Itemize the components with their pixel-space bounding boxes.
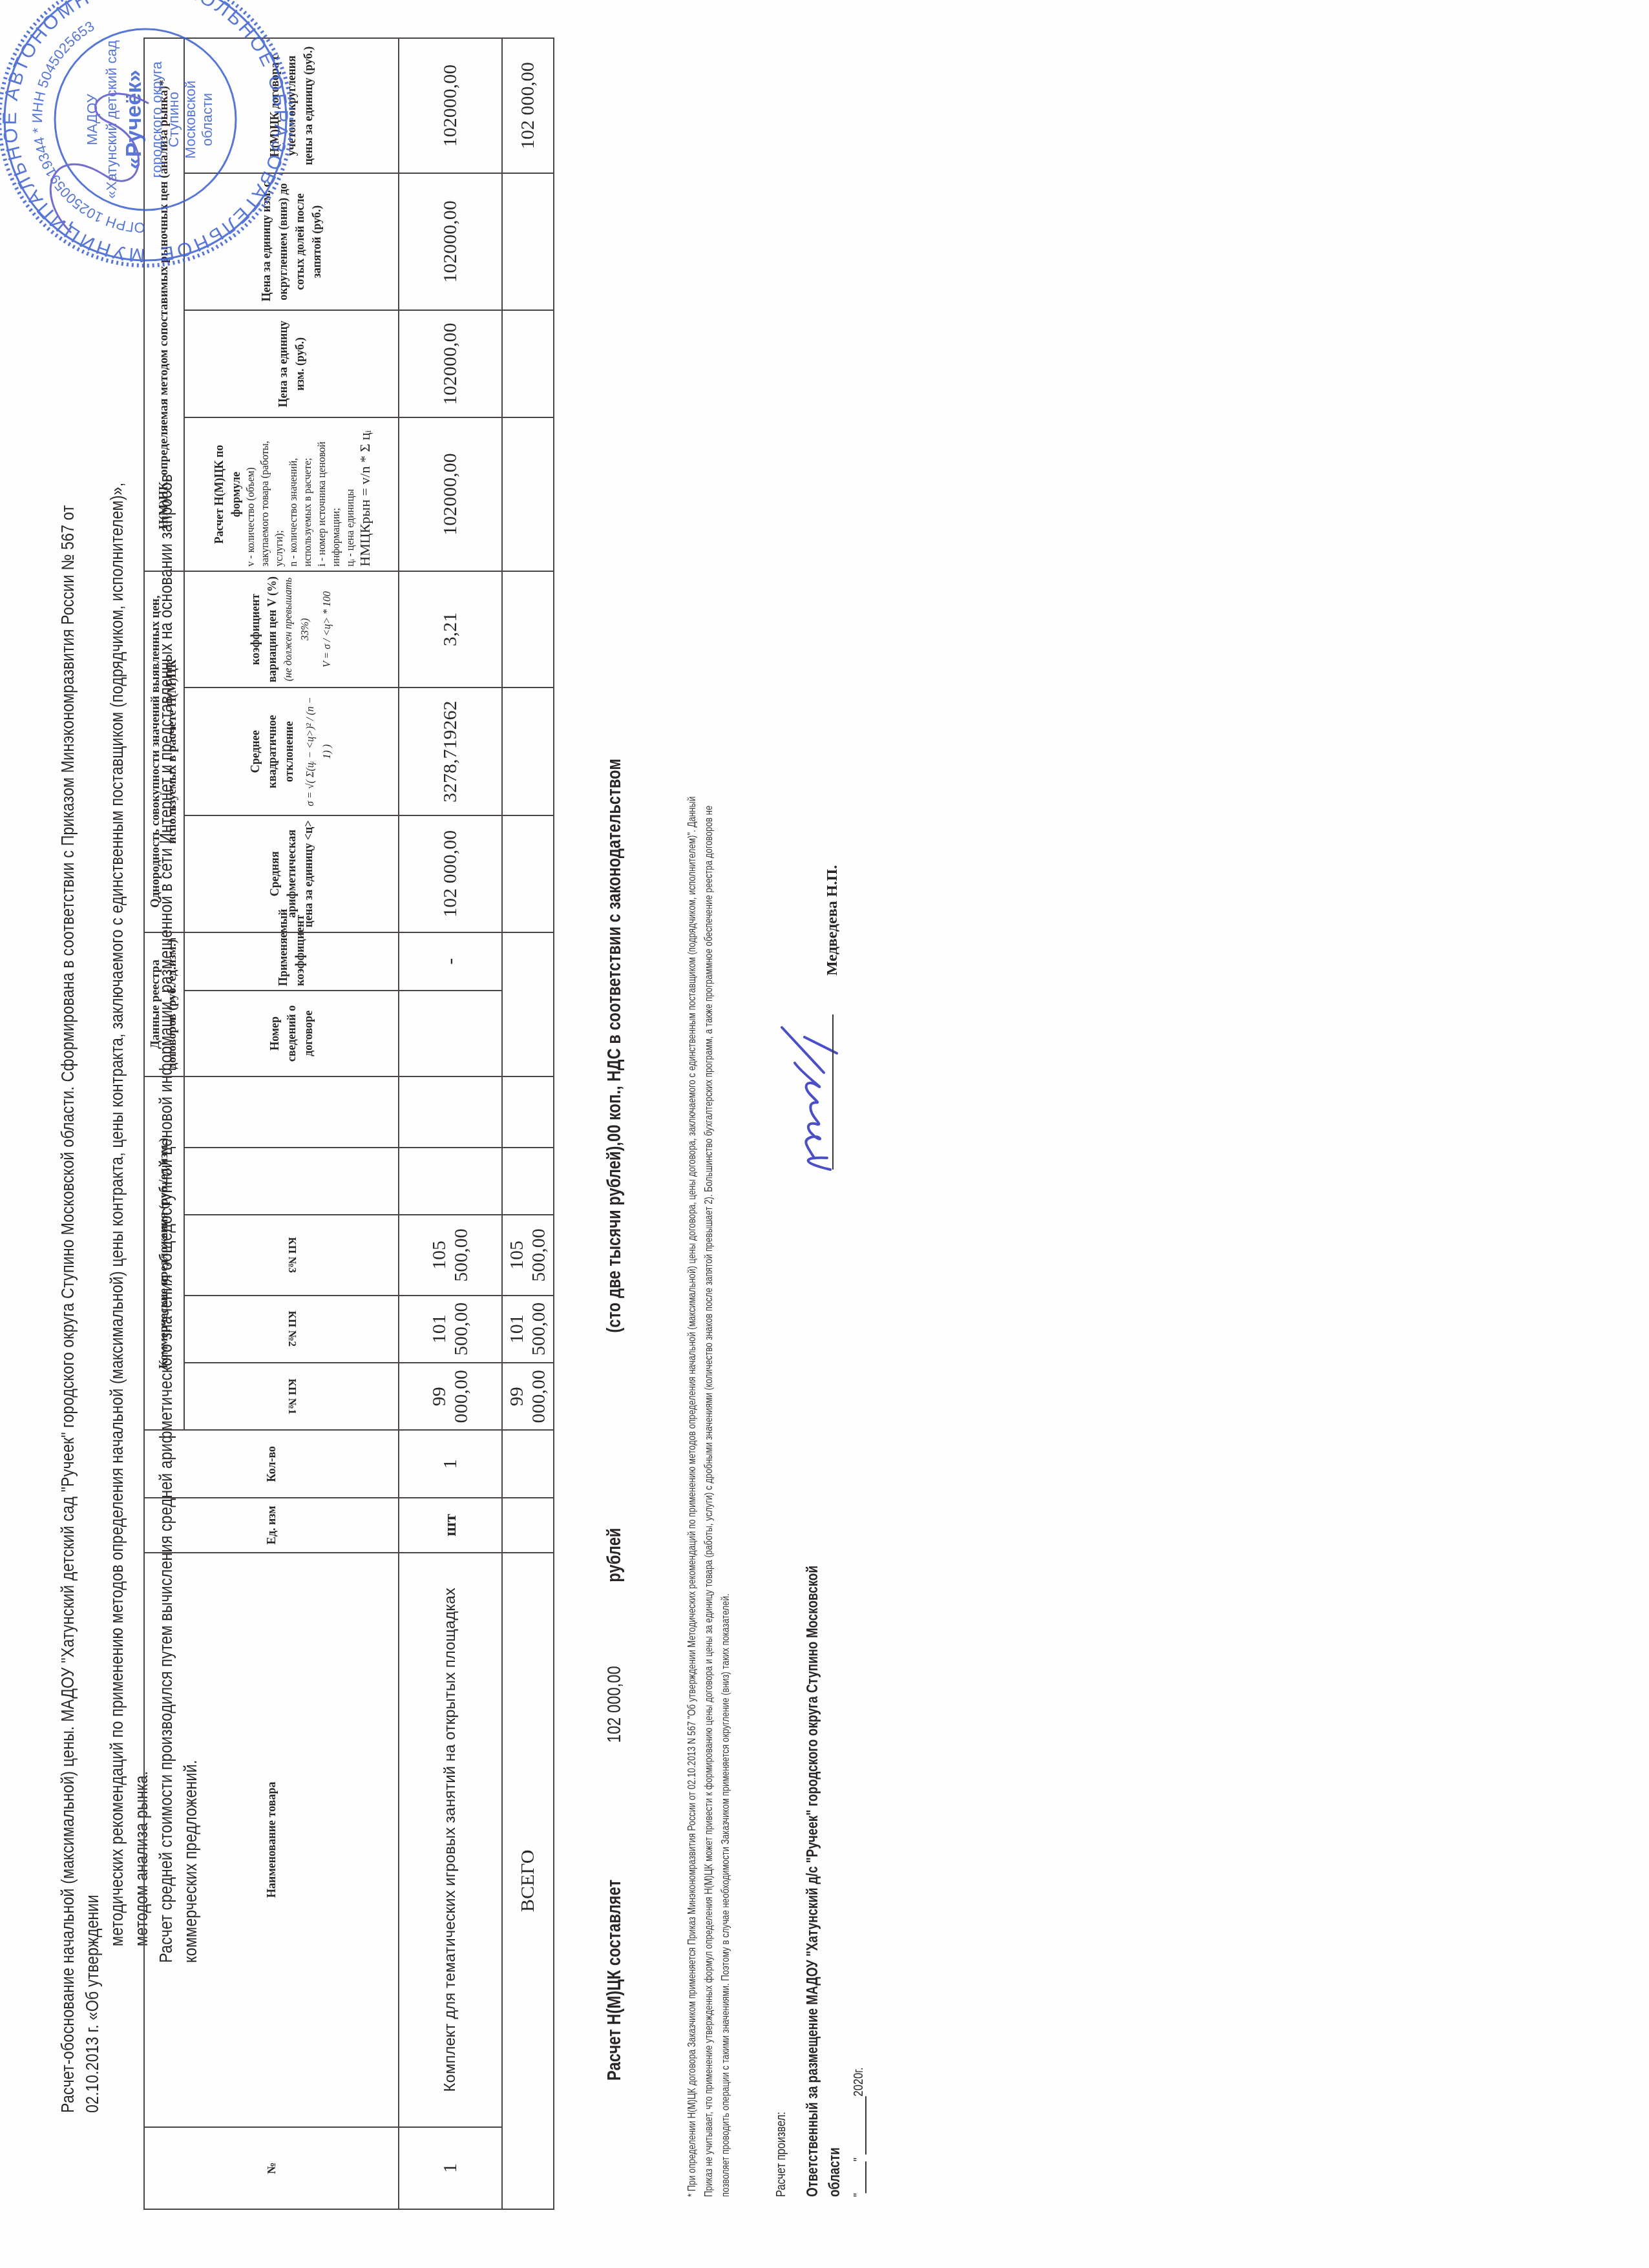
total-unit-price (502, 310, 554, 418)
cell-registry-number (399, 991, 502, 1076)
total-kp4 (502, 1148, 554, 1215)
responsible-person-title: Ответственный за размещение МАДОУ "Хатун… (801, 1455, 845, 2197)
std-dev-formula: σ = √( Σ(цᵢ − <ц>)² / (n − 1) ) (302, 692, 336, 811)
cell-variation: 3,21 (399, 571, 502, 688)
nmck-formula-title: Расчет Н(М)ЦК по формуле (211, 423, 244, 567)
group-header-homogeneity: Однородность совокупности значений выявл… (144, 571, 184, 932)
cell-std-dev: 3278,719262 (399, 688, 502, 815)
responsible-line-1: Ответственный за размещение МАДОУ "Хатун… (801, 1455, 823, 2197)
date-month-blank (852, 2096, 867, 2154)
cell-num: 1 (399, 2127, 502, 2209)
nmck-formula: НМЦКрын = v/n * Σ цᵢ (358, 423, 372, 567)
col-header-variation: коэффициент вариации цен V (%) (не долже… (184, 571, 399, 688)
document-page: Расчет-обоснование начальной (максимальн… (0, 0, 1649, 2268)
date-quote-open: " (852, 2193, 866, 2197)
cell-unit-price: 102000,00 (399, 310, 502, 418)
cell-kp2: 101 500,00 (399, 1296, 502, 1363)
total-unit-price-rounded (502, 173, 554, 310)
variation-label: коэффициент вариации цен V (%) (247, 576, 280, 684)
col-header-nmck-formula: Расчет Н(М)ЦК по формуле v - количество … (184, 418, 399, 571)
total-formula (502, 418, 554, 571)
date-quote-close: " (852, 2158, 866, 2161)
date-line: "" 2020г. (852, 2067, 867, 2197)
col-header-avg-price: Средняя арифметическая цена за единицу <… (184, 815, 399, 932)
footnote-line-3: позволяет проводить операции с такими зн… (717, 231, 734, 2197)
cell-unit-price-rounded: 102000,00 (399, 173, 502, 310)
col-header-std-dev: Среднее квадратичное отклонение σ = √( Σ… (184, 688, 399, 815)
formula-desc-v: v - количество (объем) закупаемого товар… (244, 423, 287, 567)
cell-kp3: 105 500,00 (399, 1215, 502, 1295)
std-dev-label: Среднее квадратичное отклонение (247, 692, 297, 811)
cell-avg-price: 102 000,00 (399, 815, 502, 932)
formula-desc-n: n - количество значений, используемых в … (287, 423, 315, 567)
col-header-qty: Кол-во (144, 1430, 399, 1497)
cell-name: Комплект для тематических игровых заняти… (399, 1553, 502, 2127)
stamp-center-5: Ступино (165, 92, 182, 147)
summary-in-words: (сто две тысячи рублей),00 коп., НДС в с… (604, 759, 625, 1332)
variation-formula: V = σ / <ц> * 100 (319, 576, 336, 684)
footnote-line-2: Приказ не учитывает, что применение утве… (700, 231, 717, 2197)
col-header-kp5 (184, 1076, 399, 1148)
col-header-name: Наименование товара (144, 1553, 399, 2127)
summary-amount: 102 000,00 (604, 1666, 625, 1743)
group-header-registry: Данные реестра договоров (руб./ед.изм.) (144, 932, 184, 1076)
total-avg (502, 815, 554, 932)
cell-nmck-formula-value: 102000,00 (399, 418, 502, 571)
cell-kp1: 99 000,00 (399, 1363, 502, 1430)
cell-registry-coef: - (399, 932, 502, 991)
footnote-line-1: * При определении Н(М)ЦК договора Заказч… (684, 231, 700, 2197)
table-total-row: ВСЕГО 99 000,00 101 500,00 105 500,00 10… (502, 38, 554, 2209)
signature-line (832, 1014, 834, 1170)
title-line-1: Расчет-обоснование начальной (максимальн… (56, 446, 105, 2113)
nmck-formula-desc: v - количество (объем) закупаемого товар… (244, 423, 372, 567)
total-kp5 (502, 1076, 554, 1148)
variation-note: (не должен превышать 33%) (280, 576, 314, 684)
col-header-kp2: КП №2 (184, 1296, 399, 1363)
stamp-center-4: городского округа (149, 61, 165, 178)
col-header-kp4 (184, 1148, 399, 1215)
total-unit (502, 1498, 554, 1553)
handwritten-signature (775, 1008, 846, 1176)
table-row: 1 Комплект для тематических игровых заня… (399, 38, 502, 2209)
stamp-center-7: области (199, 93, 215, 146)
made-by-label: Расчет произвел: (774, 2112, 789, 2197)
total-qty (502, 1430, 554, 1497)
total-var (502, 571, 554, 688)
date-year: 2020г. (852, 2067, 866, 2096)
col-header-kp3: КП №3 (184, 1215, 399, 1295)
price-calculation-table: № Наименование товара Ед. изм Кол-во Ком… (143, 37, 554, 2210)
total-registry (502, 932, 554, 1076)
cell-unit: шт (399, 1498, 502, 1553)
col-header-unit-price: Цена за единицу изм. (руб.) (184, 310, 399, 418)
col-header-kp1: КП №1 (184, 1363, 399, 1430)
cell-kp4 (399, 1148, 502, 1215)
responsible-line-2: области (823, 1455, 845, 2197)
col-header-registry-number: Номер сведений о договоре (184, 991, 399, 1076)
formula-desc-i: i - номер источника ценовой информации; (315, 423, 344, 567)
signer-name: Медведева Н.П. (824, 865, 841, 976)
col-header-registry-coef: Применяемый коэффициент (184, 932, 399, 991)
total-nmck-contract: 102 000,00 (502, 38, 554, 173)
nmck-summary: Расчет Н(М)ЦК составляет 102 000,00 рубл… (604, 491, 625, 2081)
date-day-blank (852, 2161, 867, 2193)
summary-currency: рублей (604, 1528, 625, 1582)
organization-stamp: МУНИЦИПАЛЬНОЕ АВТОНОМНОЕ ДОШКОЛЬНОЕ ОБРА… (0, 0, 297, 271)
col-header-unit: Ед. изм (144, 1498, 399, 1553)
total-kp3: 105 500,00 (502, 1215, 554, 1295)
cell-kp5 (399, 1076, 502, 1148)
col-header-num: № (144, 2127, 399, 2209)
total-kp2: 101 500,00 (502, 1296, 554, 1363)
cell-qty: 1 (399, 1430, 502, 1497)
group-header-commercial-offers: Коммерческие предложения (руб./ед.изм.) (144, 1076, 184, 1431)
stamp-center-3: «Ручеёк» (121, 70, 146, 169)
stamp-center-6: Московской (182, 81, 198, 159)
cell-nmck-contract: 102000,00 (399, 38, 502, 173)
total-label: ВСЕГО (502, 1553, 554, 2209)
total-kp1: 99 000,00 (502, 1363, 554, 1430)
total-std (502, 688, 554, 815)
footnote: * При определении Н(М)ЦК договора Заказч… (684, 231, 734, 2197)
formula-desc-c: цᵢ - цена единицы (344, 423, 358, 567)
summary-label: Расчет Н(М)ЦК составляет (604, 1880, 625, 2081)
